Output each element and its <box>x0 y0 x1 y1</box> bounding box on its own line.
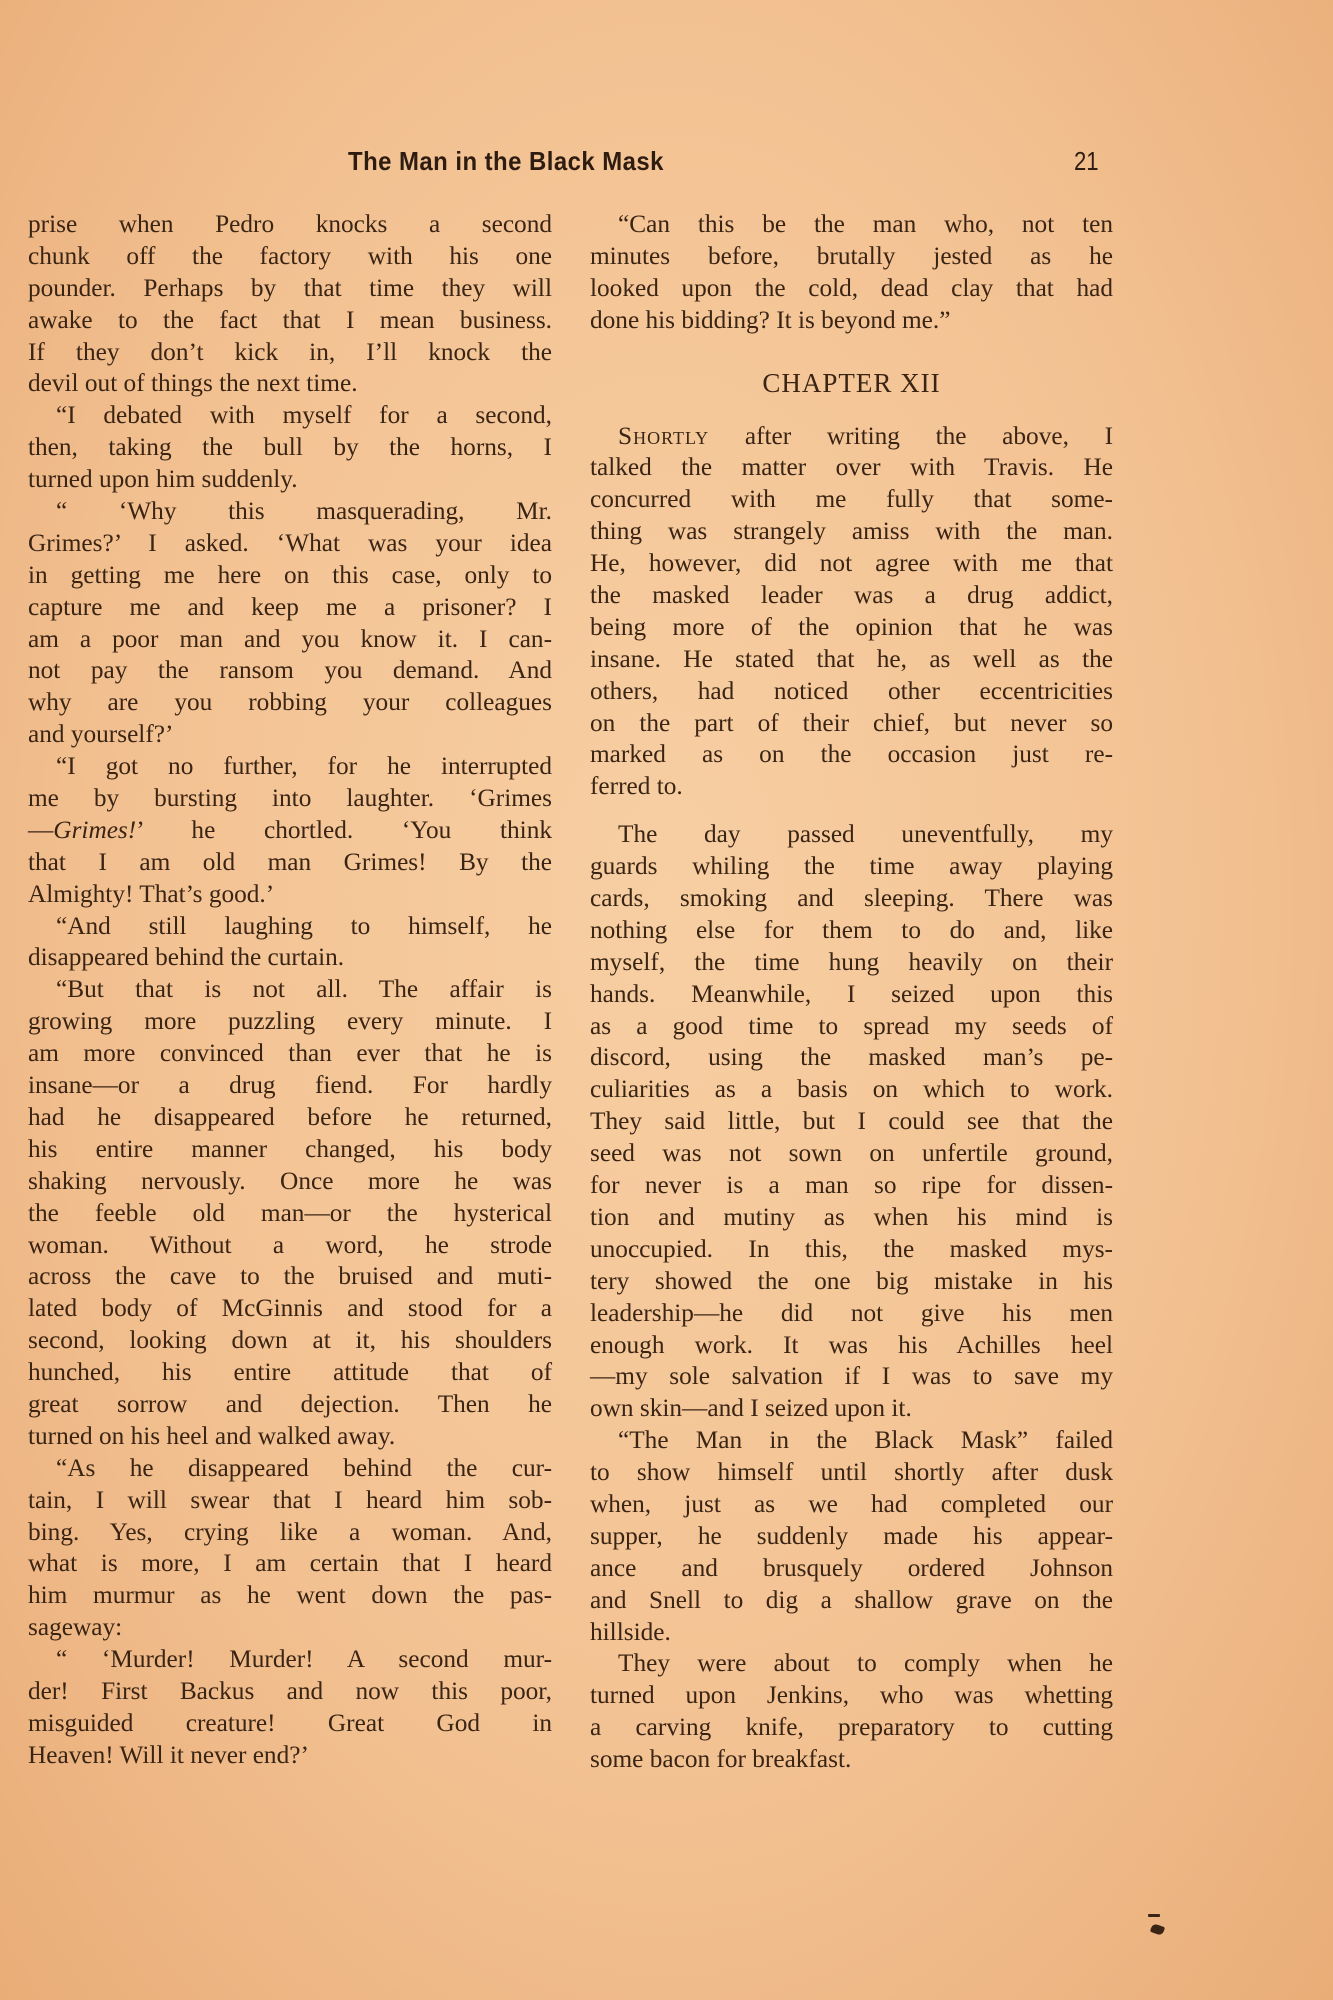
text-line: why are you robbing your colleagues <box>28 687 552 719</box>
paragraph-day-passed: The day passed uneventfully, myguards wh… <box>590 819 1113 1776</box>
text-line: great sorrow and dejection. Then he <box>28 1389 552 1421</box>
text-line: shaking nervously. Once more he was <box>28 1166 552 1198</box>
paragraph-quote-end: “Can this be the man who, not tenminutes… <box>590 209 1113 337</box>
text-line: am a poor man and you know it. I can- <box>28 624 552 656</box>
text-line: Grimes?’ I asked. ‘What was your idea <box>28 528 552 560</box>
text-line: a carving knife, preparatory to cutting <box>590 1712 1113 1744</box>
text-line: They were about to comply when he <box>590 1648 1113 1680</box>
text-line: cards, smoking and sleeping. There was <box>590 883 1113 915</box>
text-line: —my sole salvation if I was to save my <box>590 1361 1113 1393</box>
text-line: tery showed the one big mistake in his <box>590 1266 1113 1298</box>
text-line: concurred with me fully that some- <box>590 484 1113 516</box>
text-line: pounder. Perhaps by that time they will <box>28 273 552 305</box>
text-line: second, looking down at it, his shoulder… <box>28 1325 552 1357</box>
text-line: “The Man in the Black Mask” failed <box>590 1425 1113 1457</box>
drop-word: Shortly <box>618 422 709 450</box>
page-number: 21 <box>1074 146 1099 177</box>
print-mark <box>1148 1914 1160 1917</box>
book-page: The Man in the Black Mask 21 prise when … <box>0 0 1333 2000</box>
text-line: “But that is not all. The affair is <box>28 974 552 1006</box>
text-line: ferred to. <box>590 771 1113 803</box>
text-line: “ ‘Murder! Murder! A second mur- <box>28 1644 552 1676</box>
text-line: on the part of their chief, but never so <box>590 708 1113 740</box>
paragraph-gap <box>590 803 1113 819</box>
chapter-heading: CHAPTER XII <box>590 367 1113 399</box>
text-line: hands. Meanwhile, I seized upon this <box>590 979 1113 1011</box>
text-line: “As he disappeared behind the cur- <box>28 1453 552 1485</box>
text-line: the feeble old man—or the hysterical <box>28 1198 552 1230</box>
text-line: They said little, but I could see that t… <box>590 1106 1113 1138</box>
text-line: culiarities as a basis on which to work. <box>590 1074 1113 1106</box>
text-line: minutes before, brutally jested as he <box>590 241 1113 273</box>
text-line: “And still laughing to himself, he <box>28 911 552 943</box>
text-line: “I got no further, for he interrupted <box>28 751 552 783</box>
text-line: chunk off the factory with his one <box>28 241 552 273</box>
text-line: his entire manner changed, his body <box>28 1134 552 1166</box>
text-line: turned upon him suddenly. <box>28 464 552 496</box>
text-line: when, just as we had completed our <box>590 1489 1113 1521</box>
text-line: unoccupied. In this, the masked mys- <box>590 1234 1113 1266</box>
text-line: awake to the fact that I mean business. <box>28 305 552 337</box>
text-line: across the cave to the bruised and muti- <box>28 1261 552 1293</box>
text-line: supper, he suddenly made his appear- <box>590 1521 1113 1553</box>
text-line: seed was not sown on unfertile ground, <box>590 1138 1113 1170</box>
text-line: lated body of McGinnis and stood for a <box>28 1293 552 1325</box>
text-line: him murmur as he went down the pas- <box>28 1580 552 1612</box>
text-line: “ ‘Why this masquerading, Mr. <box>28 496 552 528</box>
text-line: turned upon Jenkins, who was whetting <box>590 1680 1113 1712</box>
text-line: “Can this be the man who, not ten <box>590 209 1113 241</box>
text-line: done his bidding? It is beyond me.” <box>590 305 1113 337</box>
left-column: prise when Pedro knocks a secondchunk of… <box>28 209 552 1772</box>
text-line: looked upon the cold, dead clay that had <box>590 273 1113 305</box>
text-line: He, however, did not agree with me that <box>590 548 1113 580</box>
right-column: “Can this be the man who, not tenminutes… <box>590 209 1113 1776</box>
text-line: as a good time to spread my seeds of <box>590 1011 1113 1043</box>
text-line: what is more, I am certain that I heard <box>28 1548 552 1580</box>
text-line: —Grimes!’ he chortled. ‘You think <box>28 815 552 847</box>
text-line: in getting me here on this case, only to <box>28 560 552 592</box>
text-line: to show himself until shortly after dusk <box>590 1457 1113 1489</box>
text-line: some bacon for breakfast. <box>590 1744 1113 1776</box>
text-line: insane. He stated that he, as well as th… <box>590 644 1113 676</box>
running-title: The Man in the Black Mask <box>348 146 664 177</box>
text-line: talked the matter over with Travis. He <box>590 452 1113 484</box>
text-line: hillside. <box>590 1617 1113 1649</box>
text-line: tion and mutiny as when his mind is <box>590 1202 1113 1234</box>
text-line: tain, I will swear that I heard him sob- <box>28 1485 552 1517</box>
text-line: The day passed uneventfully, my <box>590 819 1113 851</box>
text-line: hunched, his entire attitude that of <box>28 1357 552 1389</box>
paragraph-chapter-opening: talked the matter over with Travis. Heco… <box>590 452 1113 803</box>
text-line: myself, the time hung heavily on their <box>590 947 1113 979</box>
text-line: “I debated with myself for a second, <box>28 400 552 432</box>
running-head: The Man in the Black Mask 21 <box>0 146 1333 186</box>
text-line: and yourself?’ <box>28 719 552 751</box>
text-line: Almighty! That’s good.’ <box>28 879 552 911</box>
text-line: discord, using the masked man’s pe- <box>590 1042 1113 1074</box>
text-line: prise when Pedro knocks a second <box>28 209 552 241</box>
text-line: the masked leader was a drug addict, <box>590 580 1113 612</box>
text-line: disappeared behind the curtain. <box>28 942 552 974</box>
text-line: growing more puzzling every minute. I <box>28 1006 552 1038</box>
text-line: sageway: <box>28 1612 552 1644</box>
text-line: marked as on the occasion just re- <box>590 739 1113 771</box>
text-line: for never is a man so ripe for dissen- <box>590 1170 1113 1202</box>
chapter-first-line: Shortly after writing the above, I <box>590 421 1113 453</box>
text-line: turned on his heel and walked away. <box>28 1421 552 1453</box>
text-line: guards whiling the time away playing <box>590 851 1113 883</box>
text-line: not pay the ransom you demand. And <box>28 655 552 687</box>
text-line: Heaven! Will it never end?’ <box>28 1740 552 1772</box>
text-line: der! First Backus and now this poor, <box>28 1676 552 1708</box>
text-line: devil out of things the next time. <box>28 368 552 400</box>
text-line: thing was strangely amiss with the man. <box>590 516 1113 548</box>
text-line: had he disappeared before he returned, <box>28 1102 552 1134</box>
text-line: misguided creature! Great God in <box>28 1708 552 1740</box>
text-line: capture me and keep me a prisoner? I <box>28 592 552 624</box>
text-line: bing. Yes, crying like a woman. And, <box>28 1517 552 1549</box>
text-line: that I am old man Grimes! By the <box>28 847 552 879</box>
text-line: nothing else for them to do and, like <box>590 915 1113 947</box>
text-line: others, had noticed other eccentricities <box>590 676 1113 708</box>
text-line: am more convinced than ever that he is <box>28 1038 552 1070</box>
text-line: ance and brusquely ordered Johnson <box>590 1553 1113 1585</box>
text-line: insane—or a drug fiend. For hardly <box>28 1070 552 1102</box>
text-line: leadership—he did not give his men <box>590 1298 1113 1330</box>
text-line: being more of the opinion that he was <box>590 612 1113 644</box>
text-line: own skin—and I seized upon it. <box>590 1393 1113 1425</box>
text-line: If they don’t kick in, I’ll knock the <box>28 337 552 369</box>
text-line: and Snell to dig a shallow grave on the <box>590 1585 1113 1617</box>
print-mark-blot <box>1150 1923 1165 1936</box>
text-line: woman. Without a word, he strode <box>28 1230 552 1262</box>
text-line: enough work. It was his Achilles heel <box>590 1330 1113 1362</box>
text-line: me by bursting into laughter. ‘Grimes <box>28 783 552 815</box>
text-line: then, taking the bull by the horns, I <box>28 432 552 464</box>
